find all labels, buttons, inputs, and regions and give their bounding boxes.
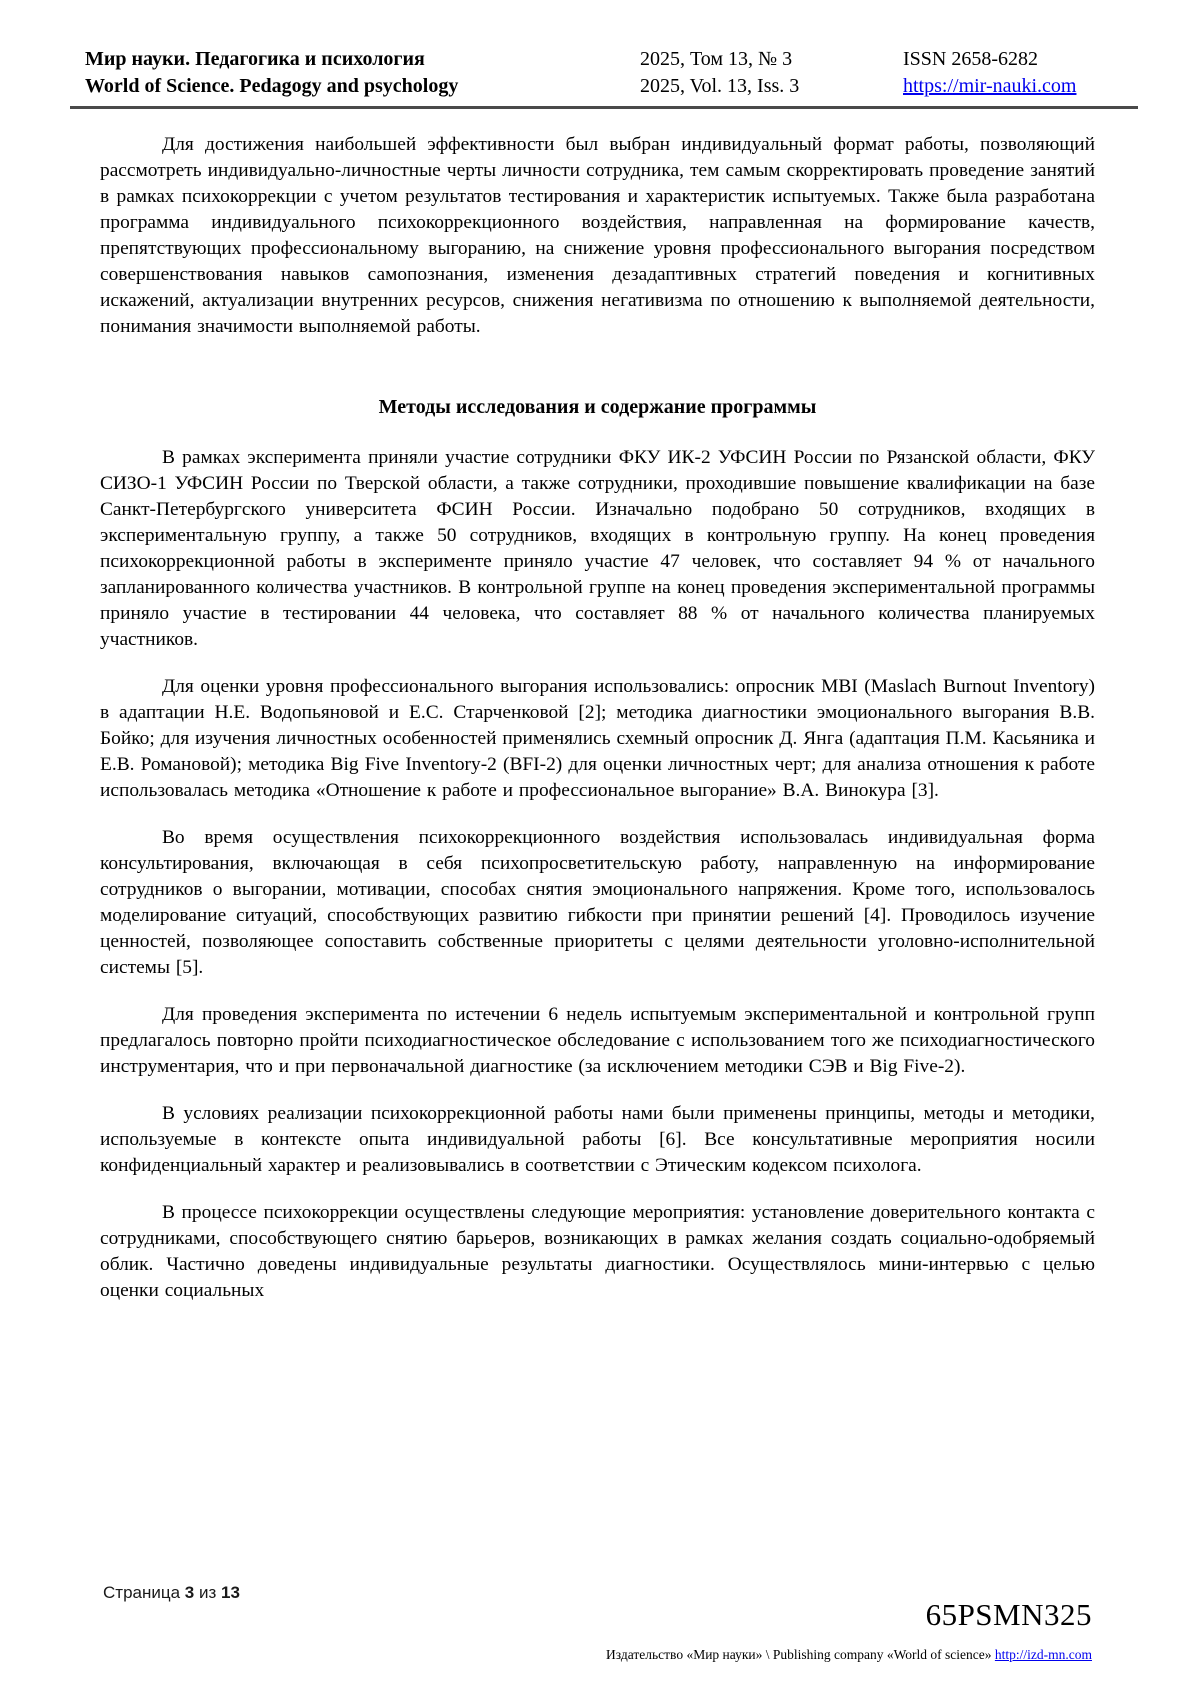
journal-title-ru: Мир науки. Педагогика и психология — [85, 46, 640, 73]
document-page: Мир науки. Педагогика и психология World… — [0, 0, 1200, 1697]
issn-label: ISSN 2658-6282 — [903, 46, 1138, 73]
publisher-line: Издательство «Мир науки» \ Publishing co… — [606, 1646, 1092, 1663]
body-paragraph: В рамках эксперимента приняли участие со… — [100, 445, 1095, 653]
publisher-text: Издательство «Мир науки» \ Publishing co… — [606, 1647, 991, 1662]
body-paragraph: Для достижения наибольшей эффективности … — [100, 132, 1095, 340]
journal-title-en: World of Science. Pedagogy and psycholog… — [85, 73, 640, 100]
page-number-label: Страница — [103, 1583, 180, 1602]
page-number-current: 3 — [185, 1583, 194, 1602]
issue-info-block: 2025, Том 13, № 3 2025, Vol. 13, Iss. 3 — [640, 46, 903, 100]
journal-site-link[interactable]: https://mir-nauki.com — [903, 75, 1076, 97]
body-paragraph: Для проведения эксперимента по истечении… — [100, 1002, 1095, 1080]
body-paragraph: Для оценки уровня профессионального выго… — [100, 674, 1095, 804]
page-number-of: из — [199, 1583, 216, 1602]
issue-info-en: 2025, Vol. 13, Iss. 3 — [640, 73, 903, 100]
article-code: 65PSMN325 — [926, 1598, 1092, 1632]
publisher-site-link[interactable]: http://izd-mn.com — [995, 1647, 1092, 1662]
body-paragraph: Во время осуществления психокоррекционно… — [100, 825, 1095, 981]
section-heading: Методы исследования и содержание програм… — [100, 394, 1095, 421]
page-number-total: 13 — [221, 1583, 240, 1602]
article-body: Для достижения наибольшей эффективности … — [100, 132, 1095, 1325]
issue-info-ru: 2025, Том 13, № 3 — [640, 46, 903, 73]
issn-block: ISSN 2658-6282 https://mir-nauki.com — [903, 46, 1138, 100]
body-paragraph: В процессе психокоррекции осуществлены с… — [100, 1200, 1095, 1304]
page-number: Страница 3 из 13 — [103, 1583, 240, 1603]
journal-title-block: Мир науки. Педагогика и психология World… — [85, 46, 640, 100]
journal-header: Мир науки. Педагогика и психология World… — [70, 46, 1138, 109]
body-paragraph: В условиях реализации психокоррекционной… — [100, 1101, 1095, 1179]
